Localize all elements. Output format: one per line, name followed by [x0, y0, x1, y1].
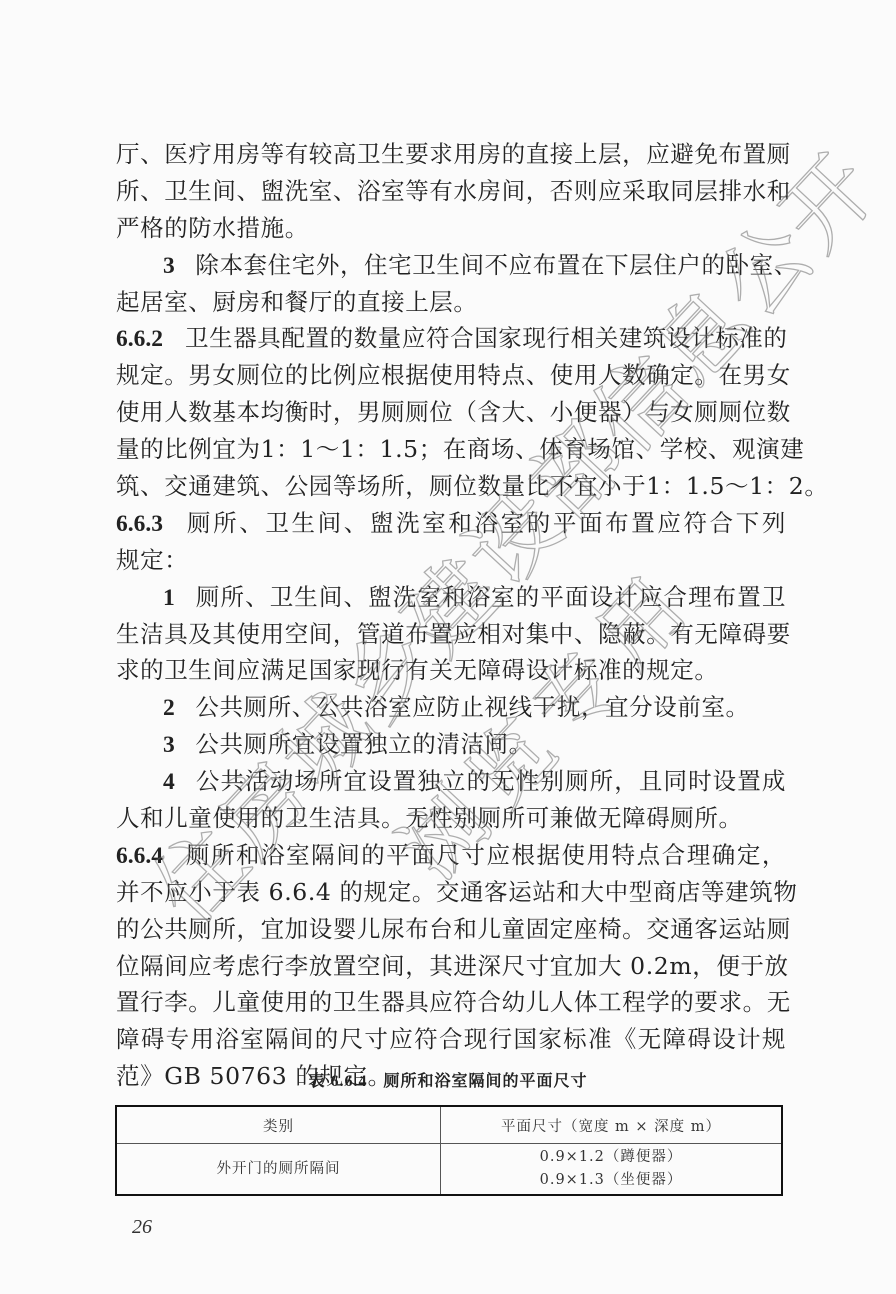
text-line: 所、卫生间、盥洗室、浴室等有水房间，否则应采取同层排水和 — [116, 173, 786, 210]
text-line: 规定： — [116, 542, 786, 579]
text-line: 厅、医疗用房等有较高卫生要求用房的直接上层，应避免布置厕 — [116, 136, 786, 173]
text-line: 使用人数基本均衡时，男厕厕位（含大、小便器）与女厕厕位数 — [116, 394, 786, 431]
text-line: 生洁具及其使用空间，管道布置应相对集中、隐蔽。有无障碍要 — [116, 616, 786, 653]
dimension-seat-toilet: 0.9×1.3（坐便器） — [441, 1169, 781, 1192]
line-text: 起居室、厨房和餐厅的直接上层。 — [116, 288, 478, 316]
table-header-row: 类别 平面尺寸（宽度 m × 深度 m） — [116, 1106, 782, 1144]
table-caption-number: 表 6.6.4 — [308, 1073, 367, 1090]
clause-number: 6.6.2 — [116, 326, 163, 352]
line-text: 厕所和浴室隔间的平面尺寸应根据使用特点合理确定， — [185, 841, 786, 869]
line-text: 公共厕所、公共浴室应防止视线干扰，宜分设前室。 — [195, 693, 749, 721]
table-cell-dimensions: 0.9×1.2（蹲便器） 0.9×1.3（坐便器） — [441, 1144, 783, 1196]
clause-line: 6.6.4厕所和浴室隔间的平面尺寸应根据使用特点合理确定， — [116, 837, 786, 874]
item-number: 2 — [163, 695, 175, 721]
dimension-table: 类别 平面尺寸（宽度 m × 深度 m） 外开门的厕所隔间 0.9×1.2（蹲便… — [115, 1105, 783, 1196]
table-cell-category: 外开门的厕所隔间 — [116, 1144, 441, 1196]
line-text: 规定： — [116, 546, 188, 574]
line-text: 规定。男女厕位的比例应根据使用特点、使用人数确定。在男女 — [116, 361, 791, 389]
item-number: 3 — [163, 732, 175, 758]
line-text: 严格的防水措施。 — [116, 214, 309, 242]
line-text: 厕所、卫生间、盥洗室和浴室的平面设计应合理布置卫 — [195, 583, 786, 611]
text-line: 量的比例宜为1：1～1：1.5；在商场、体育场馆、学校、观演建 — [116, 431, 786, 468]
line-text: 人和儿童使用的卫生洁具。无性别厕所可兼做无障碍厕所。 — [116, 804, 743, 832]
list-item-line: 3除本套住宅外，住宅卫生间不应布置在下层住户的卧室、 — [116, 247, 786, 284]
text-line: 严格的防水措施。 — [116, 210, 786, 247]
line-text: 位隔间应考虑行李放置空间，其进深尺寸宜加大 0.2m，便于放 — [116, 952, 789, 980]
line-text: 的公共厕所，宜加设婴儿尿布台和儿童固定座椅。交通客运站厕 — [116, 915, 791, 943]
line-text: 使用人数基本均衡时，男厕厕位（含大、小便器）与女厕厕位数 — [116, 398, 791, 426]
text-line: 并不应小于表 6.6.4 的规定。交通客运站和大中型商店等建筑物 — [116, 874, 786, 911]
table-row: 外开门的厕所隔间 0.9×1.2（蹲便器） 0.9×1.3（坐便器） — [116, 1144, 782, 1196]
line-text: 生洁具及其使用空间，管道布置应相对集中、隐蔽。有无障碍要 — [116, 620, 791, 648]
line-text: 所、卫生间、盥洗室、浴室等有水房间，否则应采取同层排水和 — [116, 177, 791, 205]
line-text: 并不应小于表 6.6.4 的规定。交通客运站和大中型商店等建筑物 — [116, 878, 797, 906]
clause-number: 6.6.3 — [116, 511, 163, 537]
clause-number: 6.6.4 — [116, 843, 163, 869]
line-text: 量的比例宜为1：1～1：1.5；在商场、体育场馆、学校、观演建 — [116, 435, 804, 463]
text-line: 的公共厕所，宜加设婴儿尿布台和儿童固定座椅。交通客运站厕 — [116, 911, 786, 948]
table-caption-title: 厕所和浴室隔间的平面尺寸 — [384, 1071, 588, 1090]
line-text: 厕所、卫生间、盥洗室和浴室的平面布置应符合下列 — [185, 509, 786, 537]
item-number: 1 — [163, 585, 175, 611]
line-text: 筑、交通建筑、公园等场所，厕位数量比不宜小于1：1.5～1：2。 — [116, 472, 828, 500]
text-line: 起居室、厨房和餐厅的直接上层。 — [116, 284, 786, 321]
body-text: 厅、医疗用房等有较高卫生要求用房的直接上层，应避免布置厕所、卫生间、盥洗室、浴室… — [116, 136, 786, 1095]
list-item-line: 4公共活动场所宜设置独立的无性别厕所，且同时设置成 — [116, 763, 786, 800]
text-line: 人和儿童使用的卫生洁具。无性别厕所可兼做无障碍厕所。 — [116, 800, 786, 837]
line-text: 置行李。儿童使用的卫生器具应符合幼儿人体工程学的要求。无 — [116, 988, 791, 1016]
text-line: 障碍专用浴室隔间的尺寸应符合现行国家标准《无障碍设计规 — [116, 1021, 786, 1058]
line-text: 求的卫生间应满足国家现行有关无障碍设计标准的规定。 — [116, 656, 719, 684]
text-line: 置行李。儿童使用的卫生器具应符合幼儿人体工程学的要求。无 — [116, 984, 786, 1021]
table-header-category: 类别 — [116, 1106, 441, 1144]
list-item-line: 2公共厕所、公共浴室应防止视线干扰，宜分设前室。 — [116, 689, 786, 726]
line-text: 卫生器具配置的数量应符合国家现行相关建筑设计标准的 — [185, 324, 788, 352]
table-header-dimensions: 平面尺寸（宽度 m × 深度 m） — [441, 1106, 783, 1144]
text-line: 位隔间应考虑行李放置空间，其进深尺寸宜加大 0.2m，便于放 — [116, 948, 786, 985]
text-line: 规定。男女厕位的比例应根据使用特点、使用人数确定。在男女 — [116, 357, 786, 394]
line-text: 障碍专用浴室隔间的尺寸应符合现行国家标准《无障碍设计规 — [116, 1025, 786, 1053]
dimension-squat-toilet: 0.9×1.2（蹲便器） — [441, 1146, 781, 1169]
line-text: 厅、医疗用房等有较高卫生要求用房的直接上层，应避免布置厕 — [116, 140, 791, 168]
line-text: 公共厕所宜设置独立的清洁间。 — [195, 730, 532, 758]
list-item-line: 3公共厕所宜设置独立的清洁间。 — [116, 726, 786, 763]
clause-line: 6.6.3厕所、卫生间、盥洗室和浴室的平面布置应符合下列 — [116, 505, 786, 542]
list-item-line: 1厕所、卫生间、盥洗室和浴室的平面设计应合理布置卫 — [116, 579, 786, 616]
text-line: 筑、交通建筑、公园等场所，厕位数量比不宜小于1：1.5～1：2。 — [116, 468, 786, 505]
item-number: 4 — [163, 769, 175, 795]
clause-line: 6.6.2卫生器具配置的数量应符合国家现行相关建筑设计标准的 — [116, 320, 786, 357]
document-page: 厅、医疗用房等有较高卫生要求用房的直接上层，应避免布置厕所、卫生间、盥洗室、浴室… — [0, 0, 896, 1294]
line-text: 公共活动场所宜设置独立的无性别厕所，且同时设置成 — [195, 767, 786, 795]
line-text: 除本套住宅外，住宅卫生间不应布置在下层住户的卧室、 — [195, 251, 798, 279]
table-caption: 表 6.6.4厕所和浴室隔间的平面尺寸 — [0, 1068, 896, 1091]
item-number: 3 — [163, 253, 175, 279]
text-line: 求的卫生间应满足国家现行有关无障碍设计标准的规定。 — [116, 652, 786, 689]
page-number: 26 — [132, 1216, 152, 1239]
